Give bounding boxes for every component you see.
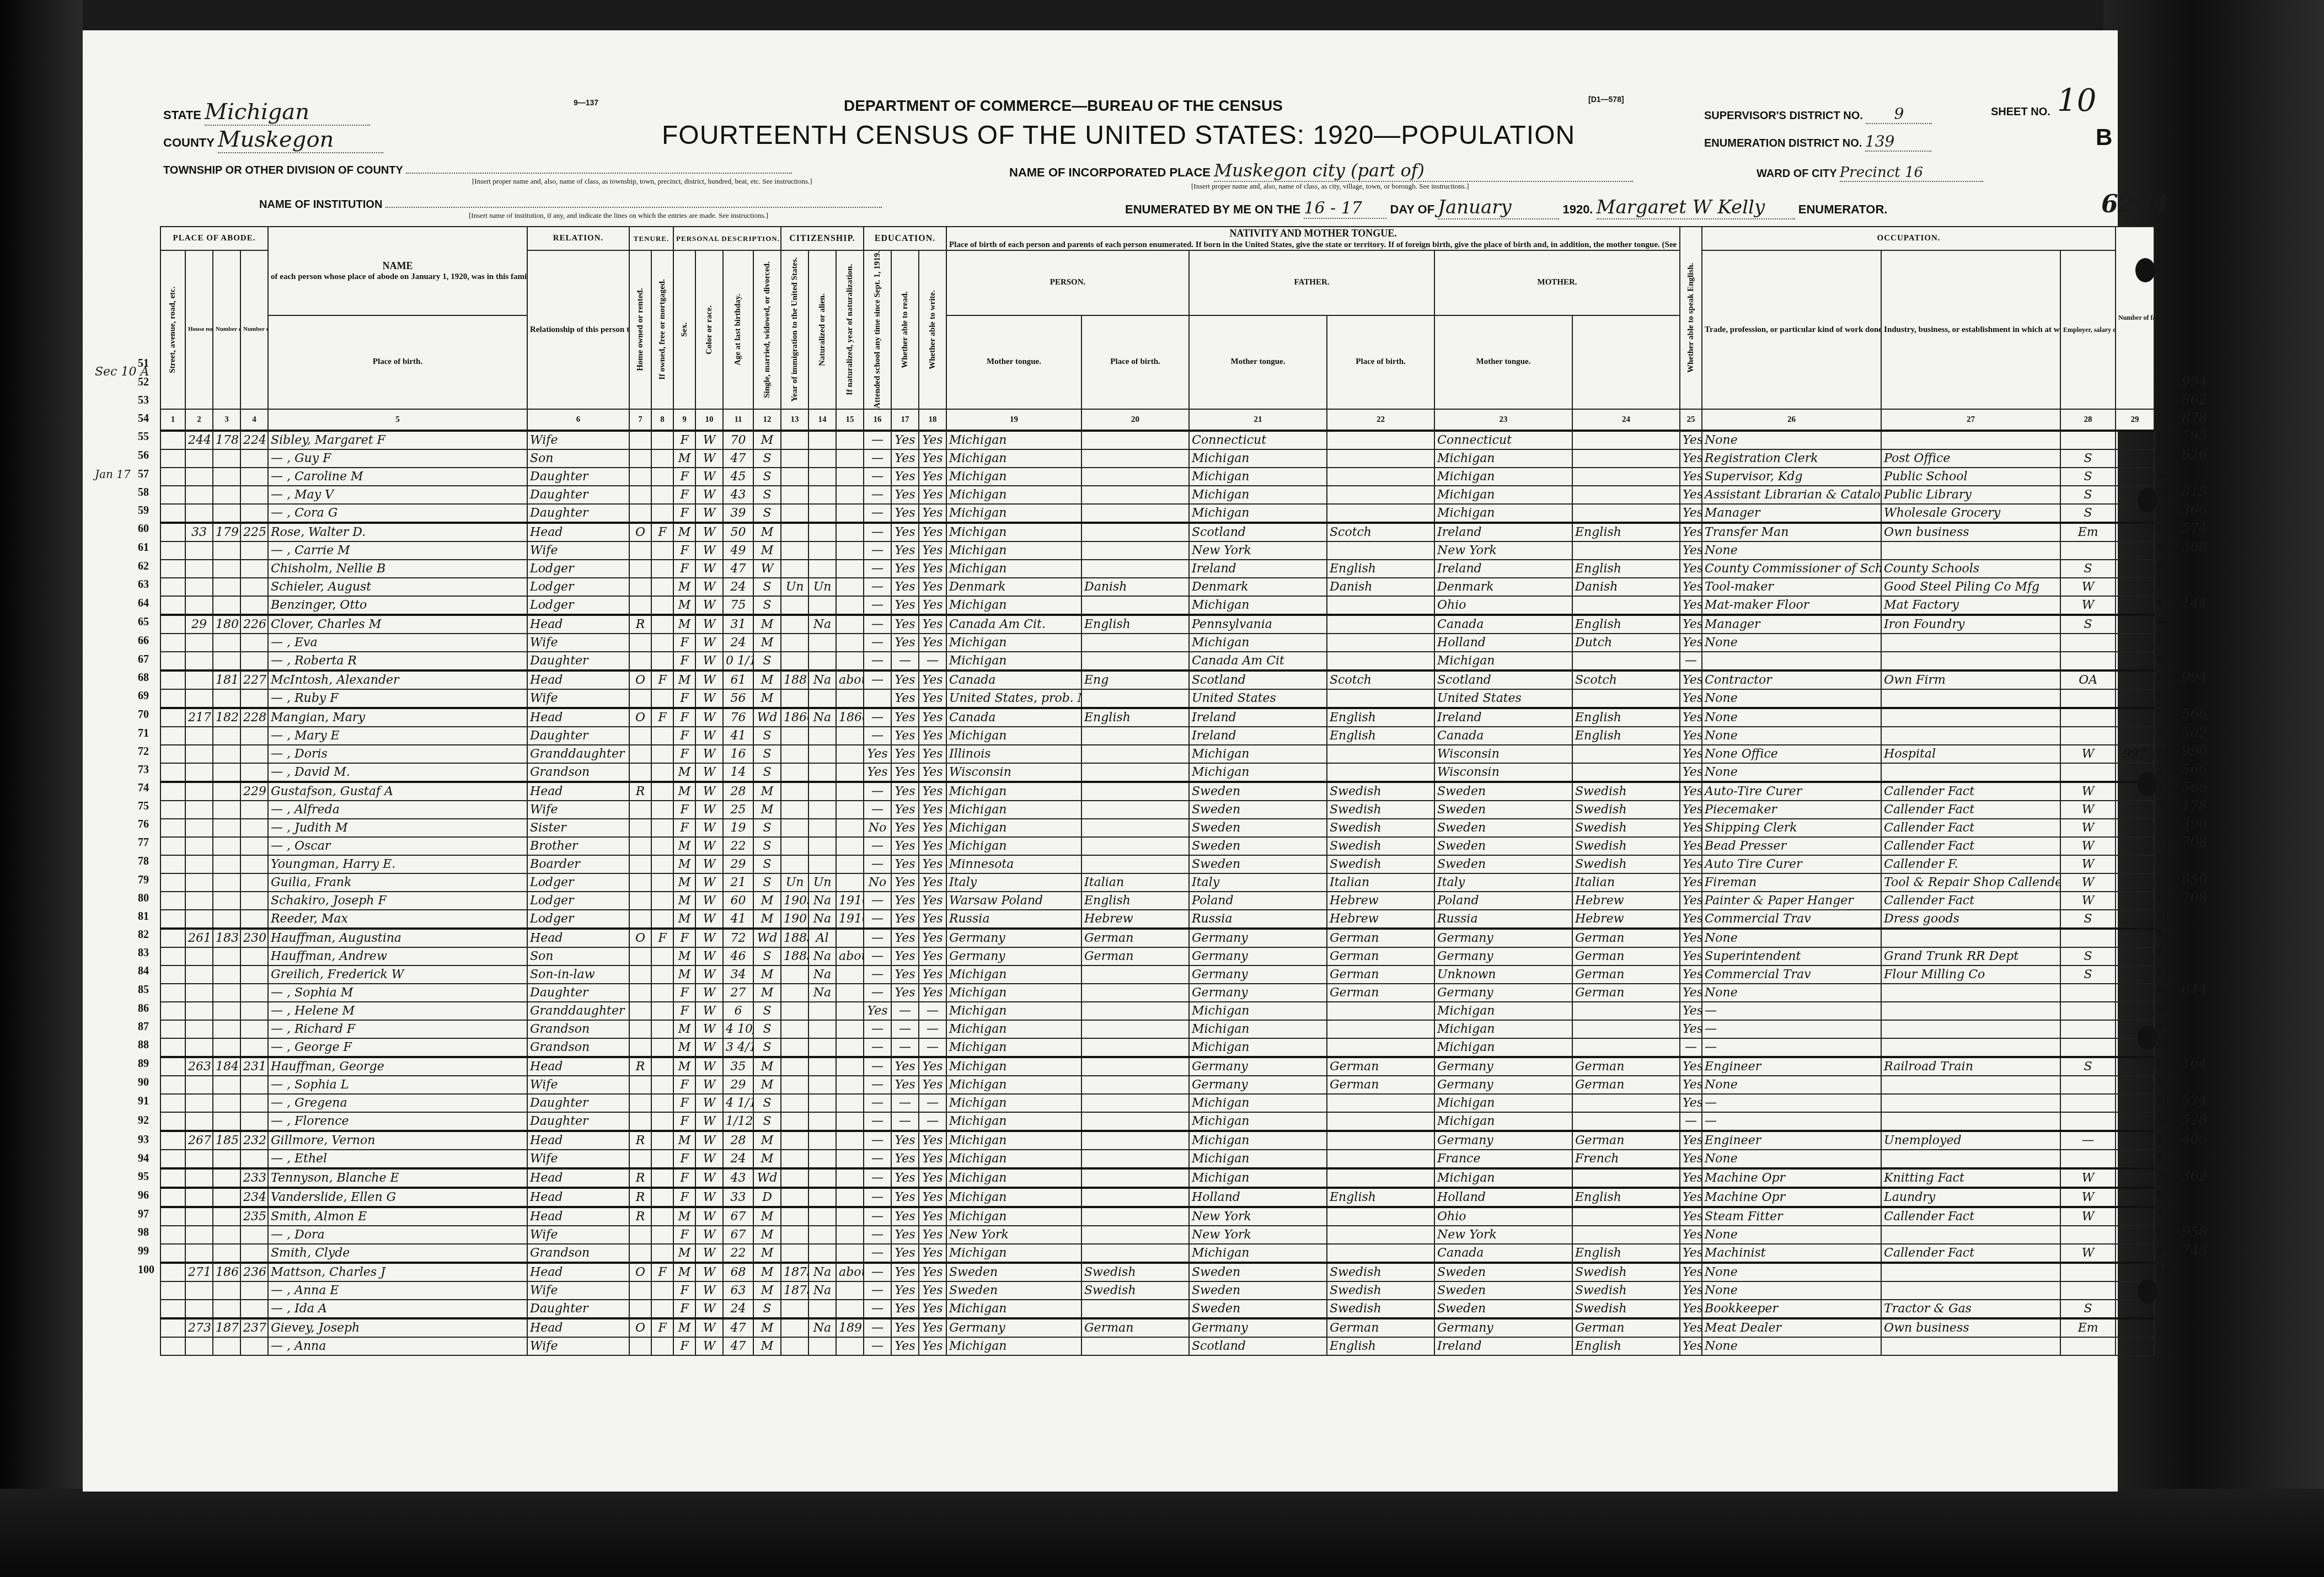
occupation-code: 366 (2182, 502, 2207, 518)
cell-street (160, 541, 185, 560)
cell-home (629, 947, 651, 965)
cell-dwelling (213, 634, 240, 652)
cell-sex: F (673, 431, 695, 449)
cell-pob: Michigan (946, 560, 1081, 578)
cell-race: W (695, 486, 723, 504)
cell-imm (781, 431, 808, 449)
cell-house (185, 541, 213, 560)
cell-eng: Yes (1680, 1281, 1702, 1300)
column-number: 21 (1189, 409, 1327, 431)
cell-marital: M (753, 984, 781, 1002)
cell-marital: Wd (753, 1168, 781, 1188)
cell-trade: None (1702, 1150, 1881, 1168)
cell-dwelling: 183 (213, 929, 240, 947)
cell-nat (808, 486, 836, 504)
table-row: Schieler, AugustLodgerMW24SUnUn—YesYesDe… (160, 578, 2154, 596)
column-number: 17 (891, 409, 919, 431)
cell-read: Yes (891, 892, 919, 910)
cell-imm: 1866 (781, 708, 808, 727)
cell-dwelling (213, 449, 240, 468)
cell-trade: None (1702, 1281, 1881, 1300)
cell-mt (1081, 1226, 1189, 1244)
cell-fpob: Michigan (1189, 504, 1327, 523)
cell-home (629, 965, 651, 984)
cell-mt (1081, 965, 1189, 984)
cell-farm (2116, 1076, 2154, 1094)
cell-owned (651, 1300, 673, 1318)
cell-trade: Engineer (1702, 1057, 1881, 1076)
cell-mmt (1572, 1112, 1680, 1131)
cell-write: Yes (919, 947, 946, 965)
cell-sex: M (673, 1263, 695, 1281)
line-number-left: 94 (138, 1152, 149, 1165)
cell-nat: Un (808, 578, 836, 596)
cell-read: Yes (891, 801, 919, 819)
cell-home (629, 596, 651, 615)
cell-mmt: Swedish (1572, 1300, 1680, 1318)
cell-mpob: Ireland (1434, 1337, 1572, 1355)
occupation-code: 994 (2182, 374, 2207, 389)
cell-write: Yes (919, 1188, 946, 1207)
cell-mt (1081, 1002, 1189, 1020)
cell-farm (2116, 560, 2154, 578)
header-mother-tongue: Mother tongue. (1434, 315, 1572, 409)
cell-trade: Contractor (1702, 671, 1881, 689)
cell-mmt: Swedish (1572, 782, 1680, 801)
cell-industry: Callender Fact (1881, 782, 2060, 801)
cell-owned (651, 486, 673, 504)
header-father-pob: Place of birth. (1081, 315, 1189, 409)
cell-industry: Tractor & Gas (1881, 1300, 2060, 1318)
cell-nat (808, 634, 836, 652)
cell-relation: Grandson (527, 1020, 629, 1038)
cell-fpob: Poland (1189, 892, 1327, 910)
cell-school: — (864, 910, 891, 929)
cell-class: S (2060, 965, 2116, 984)
cell-street (160, 671, 185, 689)
cell-house (185, 1207, 213, 1226)
cell-dwelling (213, 1150, 240, 1168)
cell-fpob: Germany (1189, 965, 1327, 984)
cell-nat: Na (808, 892, 836, 910)
table-row: 261183230Hauffman, AugustinaHeadOFFW72Wd… (160, 929, 2154, 947)
cell-family (240, 541, 268, 560)
cell-street (160, 782, 185, 801)
cell-imm (781, 615, 808, 634)
header-nativity: NATIVITY AND MOTHER TONGUE. Place of bir… (946, 227, 1680, 250)
cell-race: W (695, 892, 723, 910)
header-person: PERSON. (946, 250, 1189, 315)
cell-owned (651, 745, 673, 763)
cell-mpob: Michigan (1434, 449, 1572, 468)
cell-imm (781, 468, 808, 486)
cell-house (185, 892, 213, 910)
cell-relation: Head (527, 929, 629, 947)
cell-house (185, 449, 213, 468)
cell-dwelling (213, 1207, 240, 1226)
cell-fpob: Germany (1189, 947, 1327, 965)
township-field: TOWNSHIP OR OTHER DIVISION OF COUNTY [In… (163, 164, 812, 186)
cell-marital: M (753, 1207, 781, 1226)
cell-fpob: Russia (1189, 910, 1327, 929)
cell-relation: Wife (527, 541, 629, 560)
cell-write: Yes (919, 1057, 946, 1076)
cell-marital: M (753, 634, 781, 652)
cell-eng: Yes (1680, 1318, 1702, 1337)
cell-home (629, 652, 651, 671)
cell-pob: Michigan (946, 984, 1081, 1002)
cell-home (629, 431, 651, 449)
cell-sex: F (673, 1188, 695, 1207)
cell-sex: M (673, 782, 695, 801)
cell-sex: M (673, 1318, 695, 1337)
header-personal-description: PERSONAL DESCRIPTION. (673, 227, 781, 250)
cell-mmt (1572, 1038, 1680, 1057)
cell-owned (651, 1150, 673, 1168)
cell-home (629, 449, 651, 468)
occupation-code: 406 (2182, 1131, 2207, 1147)
cell-name: Schakiro, Joseph F (268, 892, 527, 910)
column-number: 12 (753, 409, 781, 431)
cell-fpob: Scotland (1189, 1337, 1327, 1355)
cell-marital: S (753, 855, 781, 873)
cell-pob: Canada Am Cit. (946, 615, 1081, 634)
cell-relation: Daughter (527, 1300, 629, 1318)
cell-eng: Yes (1680, 689, 1702, 708)
line-number-left: 54 (138, 412, 149, 425)
cell-class: Em (2060, 1318, 2116, 1337)
column-number: 7 (629, 409, 651, 431)
cell-farm (2116, 1112, 2154, 1131)
cell-eng: Yes (1680, 578, 1702, 596)
cell-home (629, 578, 651, 596)
cell-home (629, 873, 651, 892)
incorporated-place-field: NAME OF INCORPORATED PLACE Muskegon city… (1009, 160, 1633, 191)
table-row: 271186236Mattson, Charles JHeadOFMW68M18… (160, 1263, 2154, 1281)
cell-race: W (695, 1188, 723, 1207)
cell-trade: — (1702, 1112, 1881, 1131)
cell-home: O (629, 929, 651, 947)
cell-marital: S (753, 1002, 781, 1020)
cell-nat (808, 504, 836, 523)
header-age: Age at last birthday. (723, 250, 753, 409)
cell-pob: Michigan (946, 523, 1081, 541)
cell-home: R (629, 1057, 651, 1076)
cell-farm (2116, 541, 2154, 560)
cell-class (2060, 1337, 2116, 1355)
cell-marital: S (753, 727, 781, 745)
cell-read: Yes (891, 984, 919, 1002)
cell-owned (651, 1038, 673, 1057)
sheet-number-label: SHEET NO. (1991, 106, 2050, 119)
cell-marital: M (753, 1131, 781, 1150)
cell-read: — (891, 652, 919, 671)
cell-class (2060, 1281, 2116, 1300)
cell-imm (781, 984, 808, 1002)
cell-school: No (864, 819, 891, 837)
cell-fpob: Scotland (1189, 523, 1327, 541)
header-farm-schedule: Number of farm schedule. (2116, 227, 2154, 409)
county-value: Muskegon (218, 127, 383, 153)
cell-race: W (695, 689, 723, 708)
cell-natyr (836, 1150, 864, 1168)
cell-nat: Na (808, 1281, 836, 1300)
cell-nat (808, 449, 836, 468)
cell-street (160, 984, 185, 1002)
cell-school: — (864, 837, 891, 855)
cell-owned (651, 1131, 673, 1150)
cell-dwelling (213, 910, 240, 929)
cell-write: Yes (919, 1076, 946, 1094)
cell-home (629, 984, 651, 1002)
cell-mmt (1572, 486, 1680, 504)
cell-trade: Transfer Man (1702, 523, 1881, 541)
cell-street (160, 801, 185, 819)
cell-farm (2116, 1263, 2154, 1281)
cell-relation: Head (527, 523, 629, 541)
cell-dwelling (213, 745, 240, 763)
cell-fpob: Pennsylvania (1189, 615, 1327, 634)
table-row: — , GregenaDaughterFW4 1/12S———MichiganM… (160, 1094, 2154, 1112)
cell-home (629, 560, 651, 578)
line-number-right: 57 (2157, 468, 2168, 481)
cell-street (160, 523, 185, 541)
cell-family (240, 1300, 268, 1318)
cell-fmt: Hebrew (1327, 892, 1434, 910)
cell-pob: Denmark (946, 578, 1081, 596)
cell-mpob: Germany (1434, 1318, 1572, 1337)
cell-farm (2116, 910, 2154, 929)
cell-relation: Wife (527, 1337, 629, 1355)
cell-sex: M (673, 1020, 695, 1038)
cell-industry (1881, 1020, 2060, 1038)
header-write: Whether able to write. (919, 250, 946, 409)
column-number: 19 (946, 409, 1081, 431)
cell-house (185, 801, 213, 819)
occupation-code: 994 (2182, 669, 2207, 685)
cell-marital: M (753, 1318, 781, 1337)
cell-read: Yes (891, 1150, 919, 1168)
cell-fmt (1327, 1207, 1434, 1226)
cell-read: Yes (891, 1226, 919, 1244)
cell-home (629, 689, 651, 708)
cell-sex: M (673, 873, 695, 892)
cell-name: — , Anna E (268, 1281, 527, 1300)
cell-school: — (864, 652, 891, 671)
enumeration-district-value: 139 (1865, 132, 1931, 152)
cell-mpob: Michigan (1434, 486, 1572, 504)
cell-nat (808, 1002, 836, 1020)
cell-house: 29 (185, 615, 213, 634)
cell-family (240, 727, 268, 745)
cell-pob: Michigan (946, 1038, 1081, 1057)
cell-sex: F (673, 634, 695, 652)
cell-trade: None (1702, 727, 1881, 745)
cell-class: — (2060, 1131, 2116, 1150)
cell-fmt: English (1327, 560, 1434, 578)
cell-mmt (1572, 689, 1680, 708)
cell-pob: Michigan (946, 819, 1081, 837)
cell-name: Mattson, Charles J (268, 1263, 527, 1281)
cell-owned (651, 782, 673, 801)
cell-mt (1081, 1057, 1189, 1076)
cell-mpob: Germany (1434, 1076, 1572, 1094)
cell-write: Yes (919, 892, 946, 910)
cell-house (185, 1226, 213, 1244)
cell-industry (1881, 1150, 2060, 1168)
cell-school: — (864, 578, 891, 596)
cell-home (629, 1020, 651, 1038)
cell-house: 33 (185, 523, 213, 541)
line-number-left: 75 (138, 800, 149, 813)
cell-relation: Grandson (527, 763, 629, 782)
cell-fmt: English (1327, 1188, 1434, 1207)
cell-read: Yes (891, 431, 919, 449)
cell-race: W (695, 782, 723, 801)
cell-fpob: Sweden (1189, 819, 1327, 837)
cell-eng: Yes (1680, 504, 1702, 523)
cell-relation: Daughter (527, 1112, 629, 1131)
line-number-left: 56 (138, 449, 149, 462)
cell-industry: Wholesale Grocery (1881, 504, 2060, 523)
cell-school: — (864, 523, 891, 541)
cell-race: W (695, 1168, 723, 1188)
cell-street (160, 929, 185, 947)
cell-mmt: Hebrew (1572, 910, 1680, 929)
cell-mmt: Dutch (1572, 634, 1680, 652)
occupation-code: 528 (2182, 1112, 2207, 1128)
cell-fmt: Swedish (1327, 837, 1434, 855)
cell-class: S (2060, 1057, 2116, 1076)
column-number: 10 (695, 409, 723, 431)
cell-street (160, 1244, 185, 1263)
line-number-left: 62 (138, 560, 149, 573)
cell-nat (808, 1076, 836, 1094)
cell-trade: — (1702, 1038, 1881, 1057)
cell-race: W (695, 745, 723, 763)
cell-nat (808, 1057, 836, 1076)
cell-relation: Head (527, 1318, 629, 1337)
cell-home (629, 504, 651, 523)
table-row: Chisholm, Nellie BLodgerFW47W—YesYesMich… (160, 560, 2154, 578)
county-field: COUNTY Muskegon (163, 127, 383, 153)
cell-fmt (1327, 1244, 1434, 1263)
cell-race: W (695, 468, 723, 486)
cell-sex: F (673, 1076, 695, 1094)
cell-family (240, 819, 268, 837)
cell-age: 33 (723, 1188, 753, 1207)
cell-relation: Lodger (527, 910, 629, 929)
cell-fmt (1327, 689, 1434, 708)
cell-pob: Michigan (946, 1300, 1081, 1318)
cell-sex: M (673, 965, 695, 984)
cell-mt: German (1081, 947, 1189, 965)
cell-relation: Daughter (527, 504, 629, 523)
cell-owned (651, 727, 673, 745)
cell-class (2060, 763, 2116, 782)
cell-fmt: Swedish (1327, 1300, 1434, 1318)
cell-trade: None (1702, 1337, 1881, 1355)
header-tenure: TENURE. (629, 227, 673, 250)
table-row: — , David M.GrandsonMW14SYesYesYesWiscon… (160, 763, 2154, 782)
occupation-code: 626 (2182, 447, 2207, 463)
line-number-left: 77 (138, 836, 149, 849)
line-number-right: 80 (2157, 892, 2168, 905)
line-number-left: 84 (138, 965, 149, 978)
cell-name: — , Sophia L (268, 1076, 527, 1094)
cell-fpob: Michigan (1189, 1038, 1327, 1057)
cell-trade: Engineer (1702, 1131, 1881, 1150)
cell-trade (1702, 652, 1881, 671)
table-row: 229Gustafson, Gustaf AHeadRMW28M—YesYesM… (160, 782, 2154, 801)
cell-race: W (695, 1318, 723, 1337)
table-row: — , AlfredaWifeFW25M—YesYesMichiganSwede… (160, 801, 2154, 819)
cell-trade: Machine Opr (1702, 1168, 1881, 1188)
cell-farm (2116, 671, 2154, 689)
cell-nat (808, 689, 836, 708)
cell-fmt: Hebrew (1327, 910, 1434, 929)
cell-mt (1081, 504, 1189, 523)
cell-mpob: Scotland (1434, 671, 1572, 689)
cell-mt: Italian (1081, 873, 1189, 892)
cell-sex: M (673, 1057, 695, 1076)
cell-class: S (2060, 1300, 2116, 1318)
cell-mpob: Ireland (1434, 708, 1572, 727)
cell-home: R (629, 782, 651, 801)
table-row: — , FlorenceDaughterFW1/12S———MichiganMi… (160, 1112, 2154, 1131)
cell-fmt (1327, 763, 1434, 782)
cell-eng: Yes (1680, 1020, 1702, 1038)
cell-dwelling (213, 1094, 240, 1112)
cell-nat (808, 1131, 836, 1150)
cell-industry: Public School (1881, 468, 2060, 486)
cell-fmt (1327, 615, 1434, 634)
cell-dwelling (213, 965, 240, 984)
cell-mt (1081, 560, 1189, 578)
cell-fmt (1327, 504, 1434, 523)
cell-mmt (1572, 1226, 1680, 1244)
cell-mt: English (1081, 892, 1189, 910)
cell-race: W (695, 449, 723, 468)
line-number-left: 70 (138, 709, 149, 721)
cell-home (629, 1076, 651, 1094)
cell-marital: S (753, 504, 781, 523)
cell-read: Yes (891, 634, 919, 652)
cell-family (240, 578, 268, 596)
cell-owned (651, 578, 673, 596)
cell-industry: Callender Fact (1881, 892, 2060, 910)
line-number-right: 99 (2157, 1245, 2168, 1258)
cell-imm (781, 1038, 808, 1057)
cell-fpob: Michigan (1189, 449, 1327, 468)
header-immigration-year: Year of immigration to the United States… (781, 250, 808, 409)
cell-relation: Head (527, 1057, 629, 1076)
cell-nat (808, 819, 836, 837)
table-row: — , Judith MSisterFW19SNoYesYesMichiganS… (160, 819, 2154, 837)
cell-school: — (864, 468, 891, 486)
cell-trade: Auto Tire Curer (1702, 855, 1881, 873)
cell-family (240, 763, 268, 782)
column-number: 20 (1081, 409, 1189, 431)
cell-mmt: Swedish (1572, 1263, 1680, 1281)
cell-race: W (695, 837, 723, 855)
cell-read: Yes (891, 910, 919, 929)
cell-trade: Assistant Librarian & Cataloguer (1702, 486, 1881, 504)
cell-street (160, 947, 185, 965)
cell-pob: New York (946, 1226, 1081, 1244)
line-number-left: 82 (138, 929, 149, 941)
cell-write: Yes (919, 431, 946, 449)
